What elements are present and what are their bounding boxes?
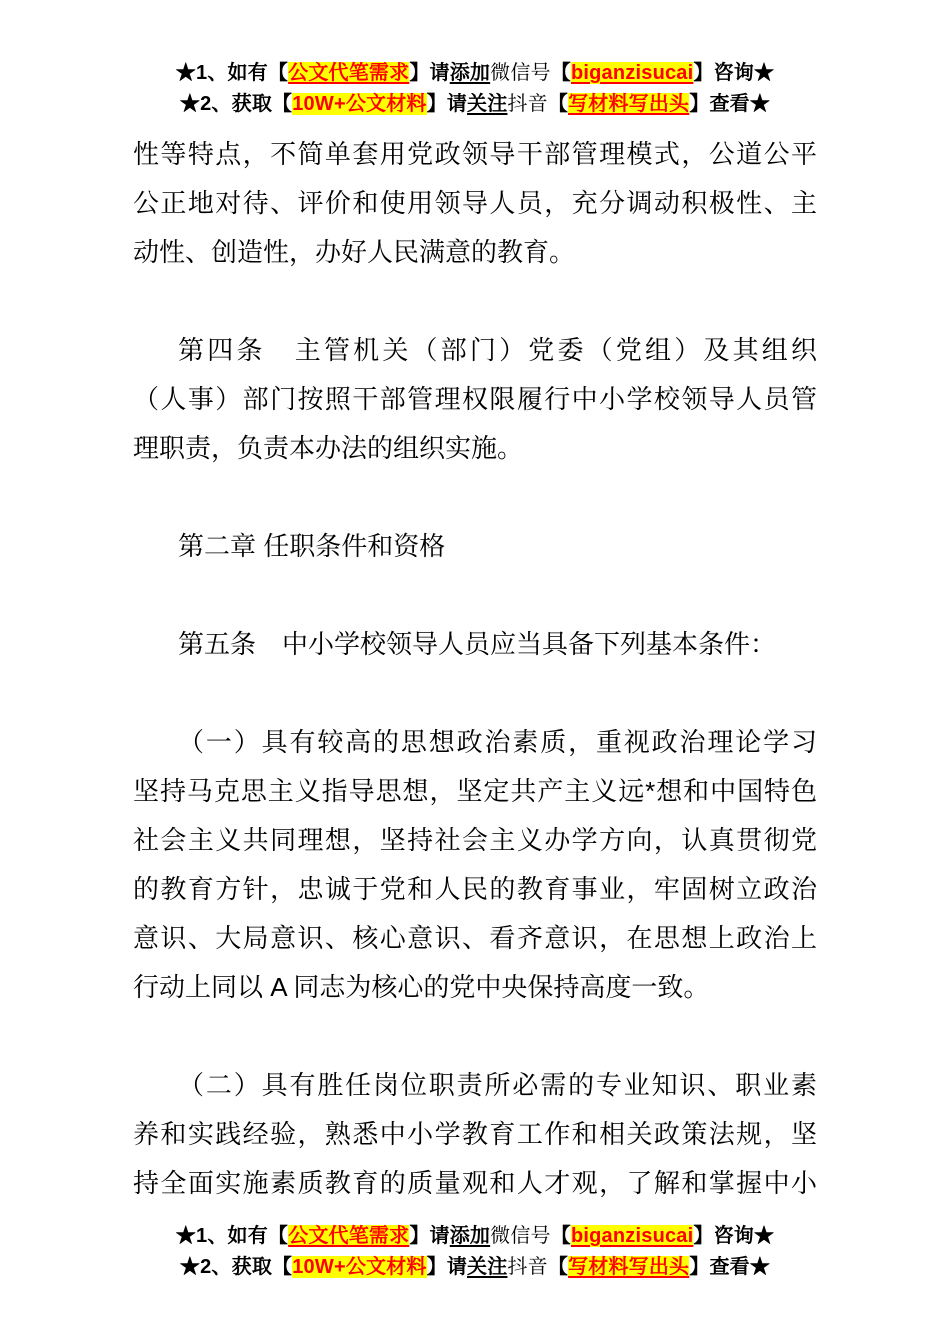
ad-text: ★2、获取【 <box>180 93 292 115</box>
ad-text: 】查看★ <box>689 93 770 115</box>
douyin-account-name: 写材料写出头 <box>568 93 689 115</box>
ad-action-add: 添加 <box>450 62 490 84</box>
wechat-id: biganzisucai <box>571 62 693 84</box>
item-1-line-2: 坚持马克思主义指导思想，坚定共产主义远*想和中国特色 <box>133 767 817 816</box>
item-2-line-2: 养和实践经验，熟悉中小学教育工作和相关政策法规，坚 <box>133 1110 817 1159</box>
ad-text: 】咨询★ <box>693 1225 774 1247</box>
item-1-line-3: 社会主义共同理想，坚持社会主义办学方向，认真贯彻党 <box>133 816 817 865</box>
header-ad-line-2: ★2、获取【10W+公文材料】请关注抖音【写材料写出头】查看★ <box>0 89 950 120</box>
ad-text: 】请 <box>409 1225 449 1247</box>
ad-text: 【 <box>551 1225 571 1247</box>
footer-ad-line-2: ★2、获取【10W+公文材料】请关注抖音【写材料写出头】查看★ <box>0 1252 950 1283</box>
item-1: （一）具有较高的思想政治素质，重视政治理论学习坚持马克思主义指导思想，坚定共产主… <box>133 718 817 1012</box>
ad-action-follow: 关注 <box>467 1256 507 1278</box>
document-body: 性等特点，不简单套用党政领导干部管理模式，公道公平公正地对待、评价和使用领导人员… <box>133 130 817 1208</box>
service-keyword: 公文代笔需求 <box>288 1225 409 1247</box>
ad-text: 】查看★ <box>689 1256 770 1278</box>
item-1-line-4: 的教育方针，忠诚于党和人民的教育事业，牢固树立政治 <box>133 865 817 914</box>
wechat-id: biganzisucai <box>571 1225 693 1247</box>
ad-action-add: 添加 <box>450 1225 490 1247</box>
ad-text: 】请 <box>427 93 467 115</box>
ad-text-wechat: 微信号 <box>490 62 551 84</box>
ad-text: 【 <box>551 62 571 84</box>
item-1-line-1: （一）具有较高的思想政治素质，重视政治理论学习 <box>133 718 817 767</box>
paragraph-continuation-line-1: 性等特点，不简单套用党政领导干部管理模式，公道公平 <box>133 130 817 179</box>
ad-text-douyin: 抖音 <box>507 93 547 115</box>
item-1-line-6: 行动上同以 A 同志为核心的党中央保持高度一致。 <box>133 963 817 1012</box>
ad-text: 【 <box>548 1256 568 1278</box>
ad-text: 【 <box>548 93 568 115</box>
service-keyword: 公文代笔需求 <box>288 62 409 84</box>
article-4-line-2: （人事）部门按照干部管理权限履行中小学校领导人员管 <box>133 375 817 424</box>
chapter-2-heading-line-1: 第二章 任职条件和资格 <box>133 522 817 571</box>
item-2-line-1: （二）具有胜任岗位职责所必需的专业知识、职业素 <box>133 1061 817 1110</box>
header-ad-banner: ★1、如有【公文代笔需求】请添加微信号【biganzisucai】咨询★ ★2、… <box>0 0 950 120</box>
paragraph-continuation-line-2: 公正地对待、评价和使用领导人员，充分调动积极性、主 <box>133 179 817 228</box>
footer-ad-banner: ★1、如有【公文代笔需求】请添加微信号【biganzisucai】咨询★ ★2、… <box>0 1221 950 1283</box>
paragraph-continuation-line-3: 动性、创造性，办好人民满意的教育。 <box>133 228 817 277</box>
materials-keyword: 10W+公文材料 <box>292 93 426 115</box>
materials-keyword: 10W+公文材料 <box>292 1256 426 1278</box>
ad-text: 】请 <box>427 1256 467 1278</box>
article-5-line-1: 第五条 中小学校领导人员应当具备下列基本条件： <box>133 620 817 669</box>
item-1-line-5: 意识、大局意识、核心意识、看齐意识，在思想上政治上 <box>133 914 817 963</box>
ad-text-wechat: 微信号 <box>490 1225 551 1247</box>
article-4-line-1: 第四条 主管机关（部门）党委（党组）及其组织 <box>133 326 817 375</box>
ad-text-douyin: 抖音 <box>507 1256 547 1278</box>
paragraph-continuation: 性等特点，不简单套用党政领导干部管理模式，公道公平公正地对待、评价和使用领导人员… <box>133 130 817 277</box>
douyin-account-name: 写材料写出头 <box>568 1256 689 1278</box>
article-4: 第四条 主管机关（部门）党委（党组）及其组织（人事）部门按照干部管理权限履行中小… <box>133 326 817 473</box>
ad-action-follow: 关注 <box>467 93 507 115</box>
ad-text: ★2、获取【 <box>180 1256 292 1278</box>
chapter-2-heading: 第二章 任职条件和资格 <box>133 522 817 571</box>
ad-text: 】咨询★ <box>693 62 774 84</box>
article-4-line-3: 理职责，负责本办法的组织实施。 <box>133 424 817 473</box>
header-ad-line-1: ★1、如有【公文代笔需求】请添加微信号【biganzisucai】咨询★ <box>0 58 950 89</box>
item-2-line-3: 持全面实施素质教育的质量观和人才观，了解和掌握中小 <box>133 1159 817 1208</box>
item-2: （二）具有胜任岗位职责所必需的专业知识、职业素养和实践经验，熟悉中小学教育工作和… <box>133 1061 817 1208</box>
footer-ad-line-1: ★1、如有【公文代笔需求】请添加微信号【biganzisucai】咨询★ <box>0 1221 950 1252</box>
article-5: 第五条 中小学校领导人员应当具备下列基本条件： <box>133 620 817 669</box>
ad-text: ★1、如有【 <box>176 62 288 84</box>
ad-text: ★1、如有【 <box>176 1225 288 1247</box>
document-page: ★1、如有【公文代笔需求】请添加微信号【biganzisucai】咨询★ ★2、… <box>0 0 950 1344</box>
ad-text: 】请 <box>409 62 449 84</box>
